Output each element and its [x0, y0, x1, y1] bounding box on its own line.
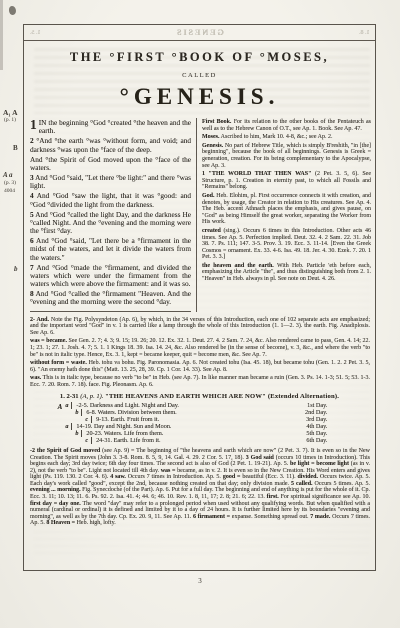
verse: 5 And °God °called the light Day, and th… — [30, 211, 191, 236]
note-paragraph: without form = waste. Heb. tohu va bohu.… — [30, 360, 370, 373]
note-paragraph: Genesis. No part of Hebrew Title, which … — [202, 143, 371, 169]
structure-rows: a -2-5. Darkness and Light. Night and Da… — [65, 402, 341, 444]
note-lead: was. — [30, 375, 41, 381]
verse: 6 And °God °said, "Let there be a °firma… — [30, 237, 191, 262]
verse: 3 And °God °said, "Let there °be light:"… — [30, 174, 191, 190]
note-run: 6 firmament = expanse. Something spread … — [193, 514, 310, 520]
structure-heading-page: (A, p. 1). — [80, 393, 103, 400]
note-paragraph: was = became. See Gen. 2. 7; 4. 3; 9. 15… — [30, 338, 370, 358]
ghost-running-head: GENESIS — [24, 28, 375, 37]
note-paragraph: Moses. Ascribed to him, Mark 10. 4-8, &c… — [202, 134, 371, 141]
note-paragraph: was. This is in italic type, because no … — [30, 375, 370, 388]
structure-row-day: 6th Day. — [306, 437, 341, 444]
scan-edge-shadow — [0, 0, 3, 70]
margin-structure-letter: b — [14, 265, 18, 273]
verse: 2 °And °the earth °was °without form, an… — [30, 137, 191, 153]
book-title-block: THE °FIRST °BOOK OF °MOSES, CALLED °GENE… — [24, 50, 375, 110]
note-text: Heb. Elohim, pl. First occurrence connec… — [202, 193, 371, 225]
verse-text: And °God °called the °firmament "Heaven.… — [30, 289, 191, 306]
note-lead: 6 firmament = — [193, 514, 230, 520]
note-lead: First Book. — [202, 119, 231, 125]
note-text: This is in italic type, because no verb … — [30, 375, 370, 388]
verse-text: °And °the earth °was °without form, and … — [30, 136, 191, 153]
note-lead: 3 God said — [246, 455, 274, 461]
note-paragraph: 2- And. Note the Fig. Polysyndeton (Ap. … — [30, 317, 370, 337]
note-run: 4 saw. Occurs 7 times in Introduction. A… — [110, 474, 223, 480]
full-width-notes-upper: 2- And. Note the Fig. Polysyndeton (Ap. … — [30, 317, 370, 389]
note-text: For spiritual significance see Ap. 10. — [279, 494, 370, 500]
structure-row-day: 4th Day. — [306, 423, 341, 430]
verse: 1 IN the beginning °God °created °the he… — [30, 119, 191, 135]
verse: 8 And °God °called the °firmament "Heave… — [30, 290, 191, 306]
note-run: good = beautiful (Ecc. 3. 11). — [223, 474, 298, 480]
book-title-main: °GENESIS. — [24, 84, 375, 110]
structure-row-desc: 6-8. Waters. Division between them. — [86, 409, 176, 416]
page-frame: 1. 5. GENESIS 1. 8. THE °FIRST °BOOK OF … — [23, 24, 376, 571]
structure-row-day: 1st Day. — [307, 402, 341, 409]
running-head-strip: 1. 5. GENESIS 1. 8. — [24, 25, 375, 41]
verse-text: And °God °called the light Day, and the … — [30, 210, 191, 235]
structure-row-day: 5th Day. — [306, 430, 341, 437]
margin-date: 4004 — [4, 188, 15, 194]
scanned-page: A₁ A (p. 1) B A a (p. 3) 4004 b 1. 5. GE… — [0, 0, 400, 628]
structure-heading: 1. 2-31 (A, p. 1). "THE HEAVENS AND EART… — [24, 393, 375, 400]
two-column-region: 1 IN the beginning °God °created °the he… — [24, 118, 375, 312]
structure-row-desc: 20-23. Waters. Life from them. — [86, 430, 163, 437]
structure-row: b 6-8. Waters. Division between them. 2n… — [65, 409, 341, 416]
margin-structure-letter: A₁ A — [3, 108, 18, 117]
structure-table: A a -2-5. Darkness and Light. Night and … — [24, 402, 375, 444]
structure-row-desc: 14-19. Day and Night. Sun and Moon. — [76, 423, 171, 430]
verse-text: And °the Spirit of God moved upon the °f… — [30, 155, 191, 172]
note-lead: 1 "THE WORLD THAT THEN WAS" — [202, 171, 311, 177]
note-lead: 7 made. — [310, 514, 330, 520]
note-text: Ascribed to him, Mark 10. 4-8, &c.; see … — [220, 134, 333, 140]
structure-row-letter: c — [85, 437, 92, 444]
note-lead: be light = become light — [290, 461, 349, 467]
note-paragraph: First Book. For its relation to the othe… — [202, 119, 371, 132]
structure-row: c 9-13. Earth. Fruit from it. 3rd Day. — [65, 416, 341, 423]
margin-structure-letter: A a — [3, 171, 13, 179]
note-lead: first day = day one. — [30, 501, 81, 507]
structure-row-desc: -2-5. Darkness and Light. Night and Day. — [76, 402, 179, 409]
note-lead: created — [202, 228, 221, 234]
note-lead: Genesis. — [202, 143, 223, 149]
verse-text: And °God °saw the light, that it was °go… — [30, 191, 191, 208]
verse-number: 1 — [30, 119, 37, 131]
structure-heading-ref: 1. 2-31 — [60, 393, 79, 400]
structure-row-day: 3rd Day. — [306, 416, 341, 423]
scripture-column: 1 IN the beginning °God °created °the he… — [24, 118, 196, 312]
note-text: See Gen. 2. 7; 4. 3; 9. 15; 19. 26; 20. … — [30, 338, 370, 357]
note-text: (sing.). Occurs 6 times in this Introduc… — [202, 228, 371, 260]
note-paragraph: 1 "THE WORLD THAT THEN WAS" (2 Pet. 3. 5… — [202, 171, 371, 191]
structure-row-desc: 9-13. Earth. Fruit from it. — [96, 416, 159, 423]
verse: 7 And °God °made the °firmament, and div… — [30, 264, 191, 289]
note-lead: 4 saw. — [110, 474, 126, 480]
structure-row-letter: a — [65, 423, 72, 430]
note-text: No part of Hebrew Title, which is simply… — [202, 143, 371, 169]
structure-row-letter: b — [75, 430, 82, 437]
note-lead: was = became. — [30, 338, 67, 344]
book-title-called: CALLED — [24, 72, 375, 79]
note-lead: without form = waste. — [30, 360, 87, 366]
scan-artifact — [9, 6, 16, 15]
structure-row: c 24-31. Earth. Life from it. 6th Day. — [65, 437, 341, 444]
note-lead: -2 the Spirit of God moved — [30, 448, 100, 454]
note-run: 5 called. Occurs 5 times. Ap. 5. — [291, 481, 370, 487]
structure-row: a 14-19. Day and Night. Sun and Moon. 4t… — [65, 423, 341, 430]
note-lead: evening ... morning. — [30, 487, 81, 493]
ghost-running-head-text: GENESIS — [175, 28, 224, 37]
verse-text: And °God °said, "Let there °be light:" a… — [30, 173, 191, 190]
note-paragraph: the heaven and the earth. With Heb. Part… — [202, 263, 371, 283]
ghost-corner-ref: 1. 8. — [359, 30, 370, 36]
note-text: Occurs 5 times. Ap. 5. — [313, 481, 370, 487]
structure-row-letter: b — [75, 409, 82, 416]
note-text: Note the Fig. Polysyndeton (Ap. 6), by w… — [30, 317, 370, 336]
verse: And °the Spirit of God moved upon the °f… — [30, 156, 191, 172]
full-width-notes-lower: -2 the Spirit of God moved (see Ap. 9) =… — [30, 448, 370, 527]
note-lead: first. — [267, 494, 279, 500]
note-lead: 8 Heaven = — [46, 520, 75, 526]
notes-column: First Book. For its relation to the othe… — [196, 118, 375, 312]
note-lead: good = — [223, 474, 241, 480]
structure-row-letter: c — [85, 416, 92, 423]
note-paragraph: God. Heb. Elohim, pl. First occurrence c… — [202, 193, 371, 226]
note-text: Heb. high, lofty. — [75, 520, 116, 526]
structure-outline: 1. 2-31 (A, p. 1). "THE HEAVENS AND EART… — [24, 393, 375, 444]
note-text: expanse. Something spread out. — [230, 514, 308, 520]
note-paragraph: created (sing.). Occurs 6 times in this … — [202, 228, 371, 261]
verse-text: IN the beginning °God °created °the heav… — [39, 118, 191, 135]
structure-row-letter: a — [65, 402, 72, 409]
note-run: 8 Heaven = Heb. high, lofty. — [46, 520, 115, 526]
verse: 4 And °God °saw the light, that it was °… — [30, 192, 191, 208]
note-lead: the heaven and the earth. — [202, 263, 274, 269]
structure-row-day: 2nd Day. — [305, 409, 341, 416]
note-text: beautiful (Ecc. 3. 11). — [240, 474, 295, 480]
margin-page-ref: (p. 3) — [4, 180, 16, 186]
page-number: 3 — [0, 577, 400, 585]
scripture-end-rule — [30, 311, 191, 312]
verse-text: And °God °said, "Let there be a °firmame… — [30, 236, 191, 261]
note-lead: Moses. — [202, 134, 220, 140]
structure-heading-title: "THE HEAVENS AND EARTH WHICH ARE NOW" (E… — [105, 393, 339, 400]
note-text: Occurs 7 times in Introduction. Ap. 5. — [126, 474, 221, 480]
structure-row-desc: 24-31. Earth. Life from it. — [96, 437, 160, 444]
margin-page-ref: (p. 1) — [4, 117, 16, 123]
book-title-line: THE °FIRST °BOOK OF °MOSES, — [24, 50, 375, 65]
verse-list: 1 IN the beginning °God °created °the he… — [30, 119, 191, 307]
note-lead: 5 called. — [291, 481, 313, 487]
verse-text: And °God °made the °firmament, and divid… — [30, 263, 191, 288]
note-lead: God. — [202, 193, 215, 199]
structure-row: b 20-23. Waters. Life from them. 5th Day… — [65, 430, 341, 437]
note-run: first. For spiritual significance see Ap… — [267, 494, 370, 500]
note-lead: was = — [161, 468, 176, 474]
note-lead: divided. — [297, 474, 318, 480]
margin-structure-letter: B — [13, 144, 18, 152]
note-lead: 2- And. — [30, 317, 49, 323]
structure-row: a -2-5. Darkness and Light. Night and Da… — [65, 402, 341, 409]
